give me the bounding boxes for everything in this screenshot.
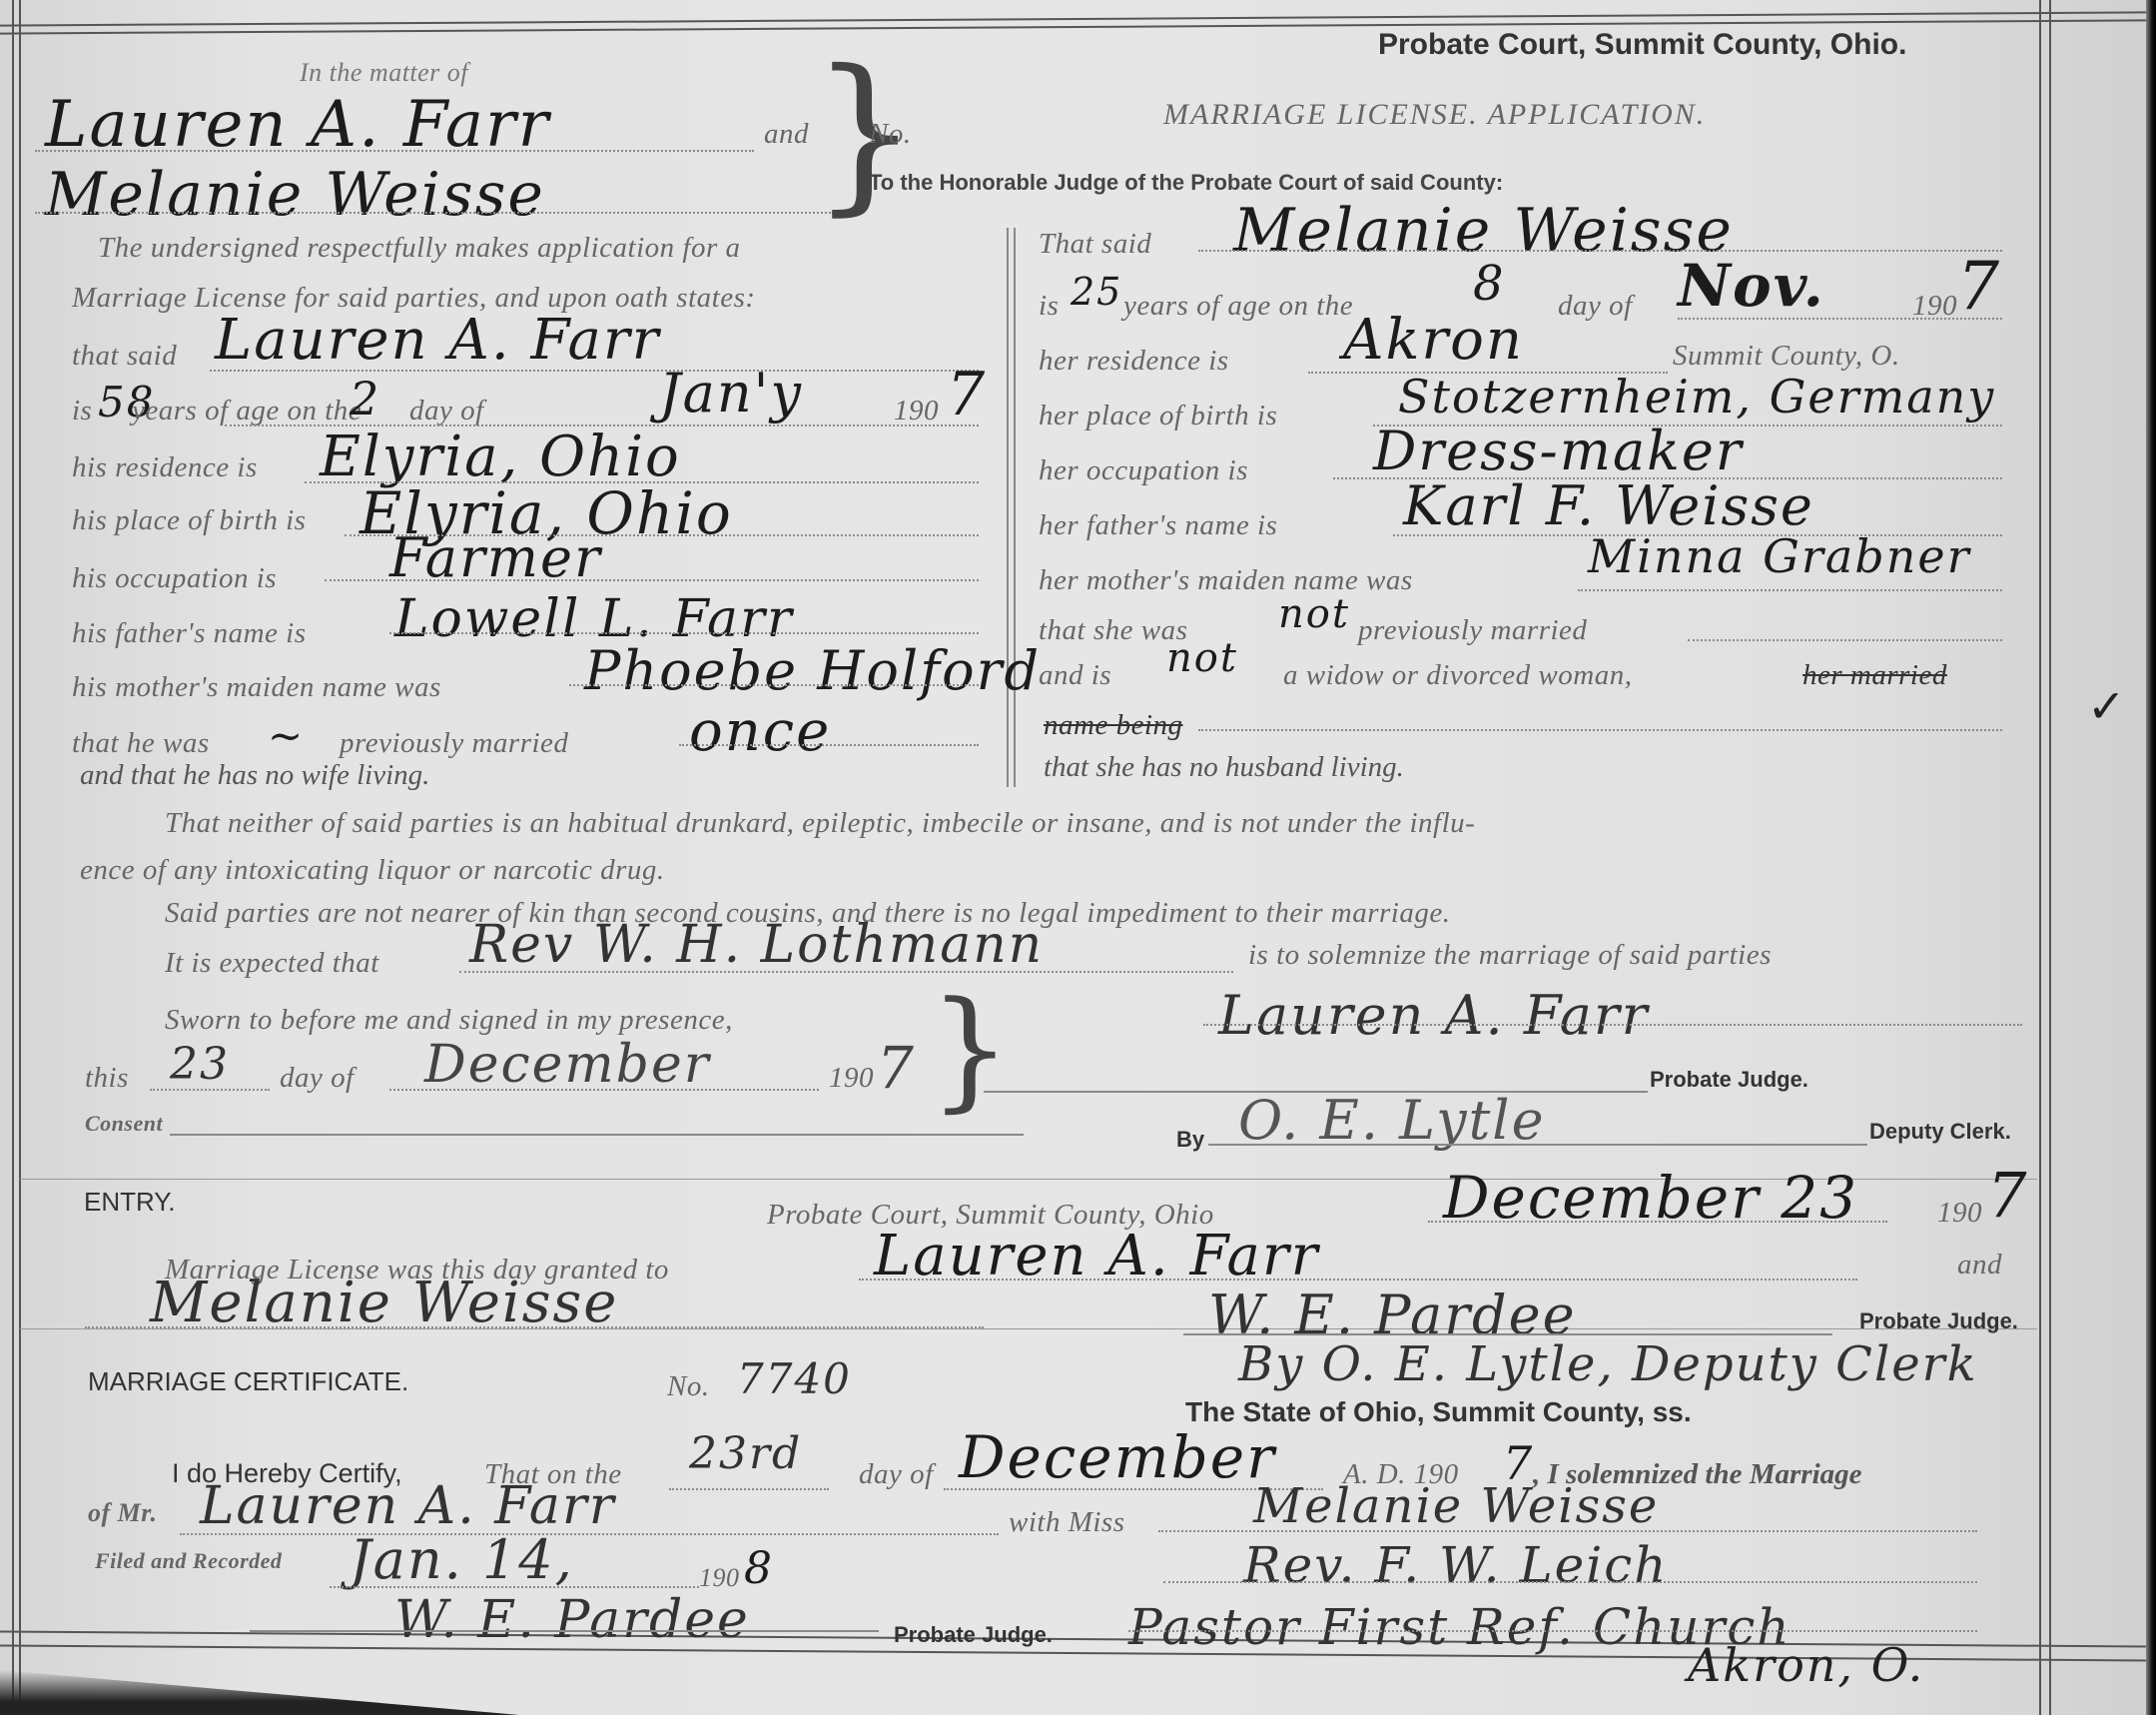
groom-years-label: years of age on the <box>132 395 361 428</box>
groom-birthplace-label: his place of birth is <box>72 504 306 537</box>
sworn-year-suffix: 7 <box>877 1034 916 1102</box>
intro-line-1: The undersigned respectfully makes appli… <box>98 232 741 265</box>
bride-age-line <box>1678 318 2002 320</box>
matter-bride-line <box>35 212 834 214</box>
bride-age: 25 <box>1071 270 1122 314</box>
matter-and-label: and <box>764 118 809 151</box>
bride-residence-label: her residence is <box>1039 345 1229 378</box>
bride-that-said-label: That said <box>1039 228 1151 261</box>
groom-prev-married-label-1: that he was <box>72 727 210 760</box>
groom-name-line <box>210 370 979 372</box>
entry-judge-label: Probate Judge. <box>1859 1308 2018 1334</box>
groom-prev-married-mark: ~ <box>268 711 305 760</box>
applicant-signature: Lauren A. Farr <box>1218 984 1650 1047</box>
officiant-line <box>459 971 1233 973</box>
declaration-line-1: That neither of said parties is an habit… <box>165 807 1475 840</box>
of-mr-label: of Mr. <box>88 1498 157 1528</box>
bride-prev-married-line <box>1688 639 2002 641</box>
form-title: MARRIAGE LICENSE. APPLICATION. <box>1163 98 1706 132</box>
bride-prev-married-value: not <box>1278 591 1350 637</box>
deputy-line <box>1208 1144 1867 1146</box>
groom-year-suffix: 7 <box>947 360 987 429</box>
consent-line <box>170 1134 1024 1136</box>
probate-judge-label: Probate Judge. <box>1650 1067 1808 1093</box>
bride-birthplace: Stotzernheim, Germany <box>1398 370 1995 424</box>
bride-occupation-label: her occupation is <box>1039 454 1248 487</box>
bride-year-suffix: 7 <box>1957 248 2001 325</box>
bride-birth-month: Nov. <box>1678 252 1825 320</box>
groom-father-line <box>389 632 979 634</box>
bride-is-label: is <box>1039 290 1059 323</box>
groom-day-of-label: day of <box>409 395 484 428</box>
checkmark-icon: ✓ <box>2087 679 2126 733</box>
groom-occupation-label: his occupation is <box>72 562 277 595</box>
bride-name-line <box>1198 250 2002 252</box>
by-label: By <box>1176 1127 1204 1153</box>
right-border-line <box>2039 0 2041 1715</box>
bride-mother-label: her mother's maiden name was <box>1039 564 1413 597</box>
groom-name: Lauren A. Farr <box>215 308 660 373</box>
bride-struck-name-being: name being <box>1044 709 1183 742</box>
entry-date-line <box>1428 1221 1887 1223</box>
certificate-number: 7740 <box>737 1354 852 1403</box>
entry-deputy-line: By O. E. Lytle, Deputy Clerk <box>1238 1336 1978 1392</box>
bride-father: Karl F. Weisse <box>1403 474 1814 537</box>
groom-is-label: is <box>72 395 92 428</box>
declaration-line-2: ence of any intoxicating liquor or narco… <box>80 854 665 887</box>
bride-occupation: Dress-maker <box>1373 420 1744 482</box>
sworn-month-line <box>389 1089 819 1091</box>
sworn-day: 23 <box>170 1039 230 1090</box>
bride-father-label: her father's name is <box>1039 509 1277 542</box>
sworn-label: Sworn to before me and signed in my pres… <box>165 1004 733 1037</box>
groom-year-prefix: 190 <box>894 395 939 428</box>
applicant-signature-line <box>1203 1024 2022 1026</box>
to-judge-label: To the Honorable Judge of the Probate Co… <box>869 170 1503 196</box>
certificate-groom: Lauren A. Farr <box>200 1476 616 1536</box>
entry-year-suffix: 7 <box>1987 1159 2028 1232</box>
matter-label: In the matter of <box>300 58 468 88</box>
bride-day-of-label: day of <box>1558 290 1633 323</box>
with-miss-label: with Miss <box>1009 1506 1125 1539</box>
entry-bride-line <box>85 1326 984 1328</box>
sworn-day-of-label: day of <box>280 1062 355 1095</box>
document-page: Probate Court, Summit County, Ohio. MARR… <box>0 0 2156 1715</box>
number-label: No. <box>869 118 912 151</box>
sworn-day-line <box>150 1089 270 1091</box>
groom-mother: Phoebe Holford <box>584 639 1041 702</box>
entry-judge-line <box>1183 1333 1832 1335</box>
certificate-bride-line <box>1158 1530 1977 1532</box>
certificate-month: December <box>959 1423 1276 1491</box>
bride-prev-married-label-2: previously married <box>1358 614 1587 647</box>
bride-birth-day: 8 <box>1473 256 1506 312</box>
deputy-clerk-label: Deputy Clerk. <box>1869 1119 2011 1145</box>
officiant-label-1: It is expected that <box>165 947 379 980</box>
bride-mother-line <box>1578 589 2002 591</box>
officiant-signature: Rev. F. W. Leich <box>1243 1536 1668 1594</box>
sworn-year-prefix: 190 <box>829 1062 874 1095</box>
top-border-line <box>0 11 2147 26</box>
entry-and-label: and <box>1957 1249 2002 1282</box>
certificate-day: 23rd <box>689 1428 802 1479</box>
sworn-brace: } <box>929 984 1012 1114</box>
officiant-location: Akron, O. <box>1688 1638 1924 1692</box>
sworn-month: December <box>424 1035 711 1095</box>
filed-date-line <box>330 1586 699 1588</box>
entry-title: ENTRY. <box>84 1187 176 1218</box>
bride-birthplace-label: her place of birth is <box>1039 400 1277 432</box>
filed-date: Jan. 14, <box>350 1528 574 1591</box>
bride-mother: Minna Grabner <box>1588 529 1971 583</box>
recorder-judge-line <box>250 1630 879 1632</box>
recorder-judge-signature: W. E. Pardee <box>394 1590 750 1650</box>
certificate-groom-line <box>180 1533 999 1535</box>
officiant-label-2: is to solemnize the marriage of said par… <box>1248 939 1772 972</box>
certificate-day-line <box>669 1488 829 1490</box>
certificate-title: MARRIAGE CERTIFICATE. <box>88 1366 408 1397</box>
left-border-line-2 <box>19 0 21 1715</box>
bride-struck-married-name: her married <box>1802 659 1947 692</box>
bride-widow-label-1: and is <box>1039 659 1111 692</box>
column-divider <box>1007 228 1009 787</box>
groom-prev-married-line <box>679 744 979 746</box>
groom-prev-married-label-2: previously married <box>340 727 568 760</box>
groom-mother-line <box>569 684 979 686</box>
officiant-signature-line <box>1163 1581 1977 1583</box>
bride-prev-married-label-1: that she was <box>1039 614 1187 647</box>
entry-year-prefix: 190 <box>1937 1197 1982 1230</box>
expected-officiant: Rev W. H. Lothmann <box>469 915 1044 975</box>
officiant-title-line <box>1128 1630 1977 1632</box>
certificate-bride: Melanie Weisse <box>1253 1478 1659 1534</box>
deputy-signature: O. E. Lytle <box>1238 1089 1546 1152</box>
matter-groom-line <box>35 150 754 152</box>
recorder-judge-label: Probate Judge. <box>894 1622 1053 1648</box>
groom-occupation-line <box>325 579 979 581</box>
scan-edge-right <box>2146 0 2156 1715</box>
groom-no-wife: and that he has no wife living. <box>80 759 429 792</box>
court-heading: Probate Court, Summit County, Ohio. <box>1378 28 1906 62</box>
bride-name-being-line <box>1198 729 2002 731</box>
bride-widow-value: not <box>1166 635 1238 681</box>
sworn-this-label: this <box>85 1062 129 1095</box>
bride-residence: Akron <box>1343 308 1524 373</box>
certificate-day-of-label: day of <box>859 1458 934 1491</box>
groom-that-said-label: that said <box>72 340 177 373</box>
groom-mother-label: his mother's maiden name was <box>72 671 441 704</box>
bride-years-label: years of age on the <box>1123 290 1353 323</box>
right-border-line-2 <box>2049 0 2051 1715</box>
scan-edge-bottom <box>0 1670 519 1715</box>
bride-widow-label-2: a widow or divorced woman, <box>1283 659 1632 692</box>
bride-no-husband: that she has no husband living. <box>1044 751 1404 784</box>
groom-birth-month: Jan'y <box>659 362 803 425</box>
column-divider-2 <box>1014 228 1016 787</box>
consent-label: Consent <box>85 1111 163 1137</box>
filed-year-suffix: 8 <box>744 1543 774 1594</box>
groom-prev-married-value: once <box>689 699 831 764</box>
filed-year-prefix: 190 <box>699 1563 740 1593</box>
bride-residence-county: Summit County, O. <box>1673 340 1900 373</box>
groom-father-label: his father's name is <box>72 617 307 650</box>
matter-bride-name: Melanie Weisse <box>45 160 545 230</box>
certificate-no-label: No. <box>667 1370 710 1403</box>
groom-residence-label: his residence is <box>72 451 258 484</box>
left-border-line <box>12 0 14 1715</box>
groom-birth-day: 2 <box>350 372 380 426</box>
filed-recorded-label: Filed and Recorded <box>95 1548 282 1574</box>
entry-groom-line <box>859 1279 1857 1281</box>
